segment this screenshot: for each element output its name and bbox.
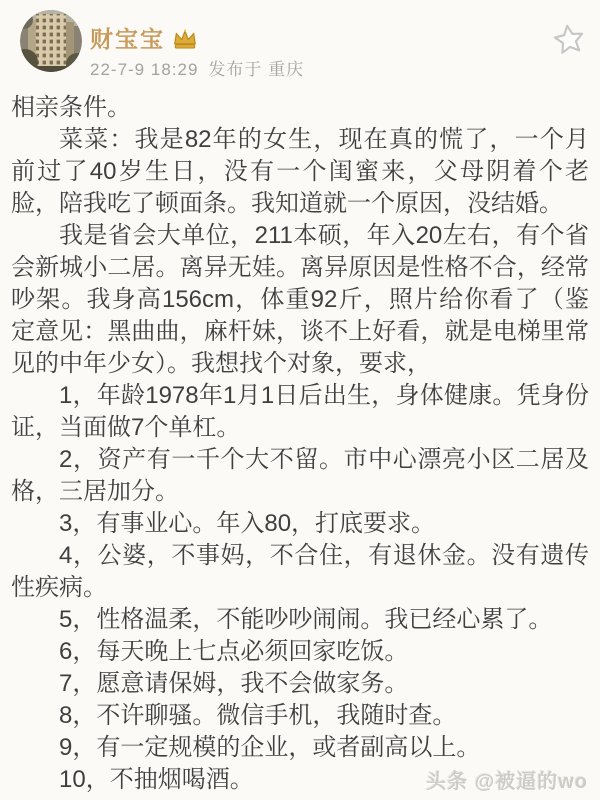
author-name[interactable]: 财宝宝: [90, 21, 165, 54]
post-paragraph: 9，有一定规模的企业，或者副高以上。: [11, 732, 589, 764]
post-paragraph: 6，每天晚上七点必须回家吃饭。: [11, 636, 589, 668]
post-text: 相亲条件。菜菜：我是82年的女生，现在真的慌了，一个月前过了40岁生日，没有一个…: [0, 92, 600, 796]
post-paragraph: 3，有事业心。年入80，打底要求。: [11, 508, 589, 540]
post-paragraph: 1，年龄1978年1月1日后出生，身体健康。凭身份证，当面做7个单杠。: [11, 380, 589, 444]
avatar[interactable]: [20, 10, 82, 72]
watermark: 头条 @被逼的wo: [426, 765, 588, 794]
building-photo-avatar: [20, 10, 82, 72]
post-meta: 22-7-9 18:29发布于 重庆: [90, 55, 304, 80]
post-paragraph: 相亲条件。: [11, 92, 589, 124]
post-paragraph: 菜菜：我是82年的女生，现在真的慌了，一个月前过了40岁生日，没有一个闺蜜来，父…: [11, 124, 589, 220]
favorite-button[interactable]: [552, 22, 586, 56]
post-paragraph: 7，愿意请保姆，我不会做家务。: [11, 668, 589, 700]
post-paragraph: 5，性格温柔，不能吵吵闹闹。我已经心累了。: [11, 604, 589, 636]
post-paragraph: 8，不许聊骚。微信手机，我随时查。: [11, 700, 589, 732]
post-paragraph: 2，资产有一千个大不留。市中心漂亮小区二居及格，三居加分。: [11, 444, 589, 508]
post-timestamp: 22-7-9 18:29: [90, 60, 198, 79]
post-paragraph: 我是省会大单位，211本硕，年入20左右，有个省会新城小二居。离异无娃。离异原因…: [11, 220, 589, 380]
post-source-location: 发布于 重庆: [208, 60, 304, 79]
post-header: 财宝宝 22-7-9 18:29发布于 重庆: [0, 0, 600, 90]
post-paragraph: 4，公婆，不事妈，不合住，有退休金。没有遗传性疾病。: [11, 540, 589, 604]
star-icon: [552, 22, 586, 56]
crown-icon: [172, 28, 198, 50]
